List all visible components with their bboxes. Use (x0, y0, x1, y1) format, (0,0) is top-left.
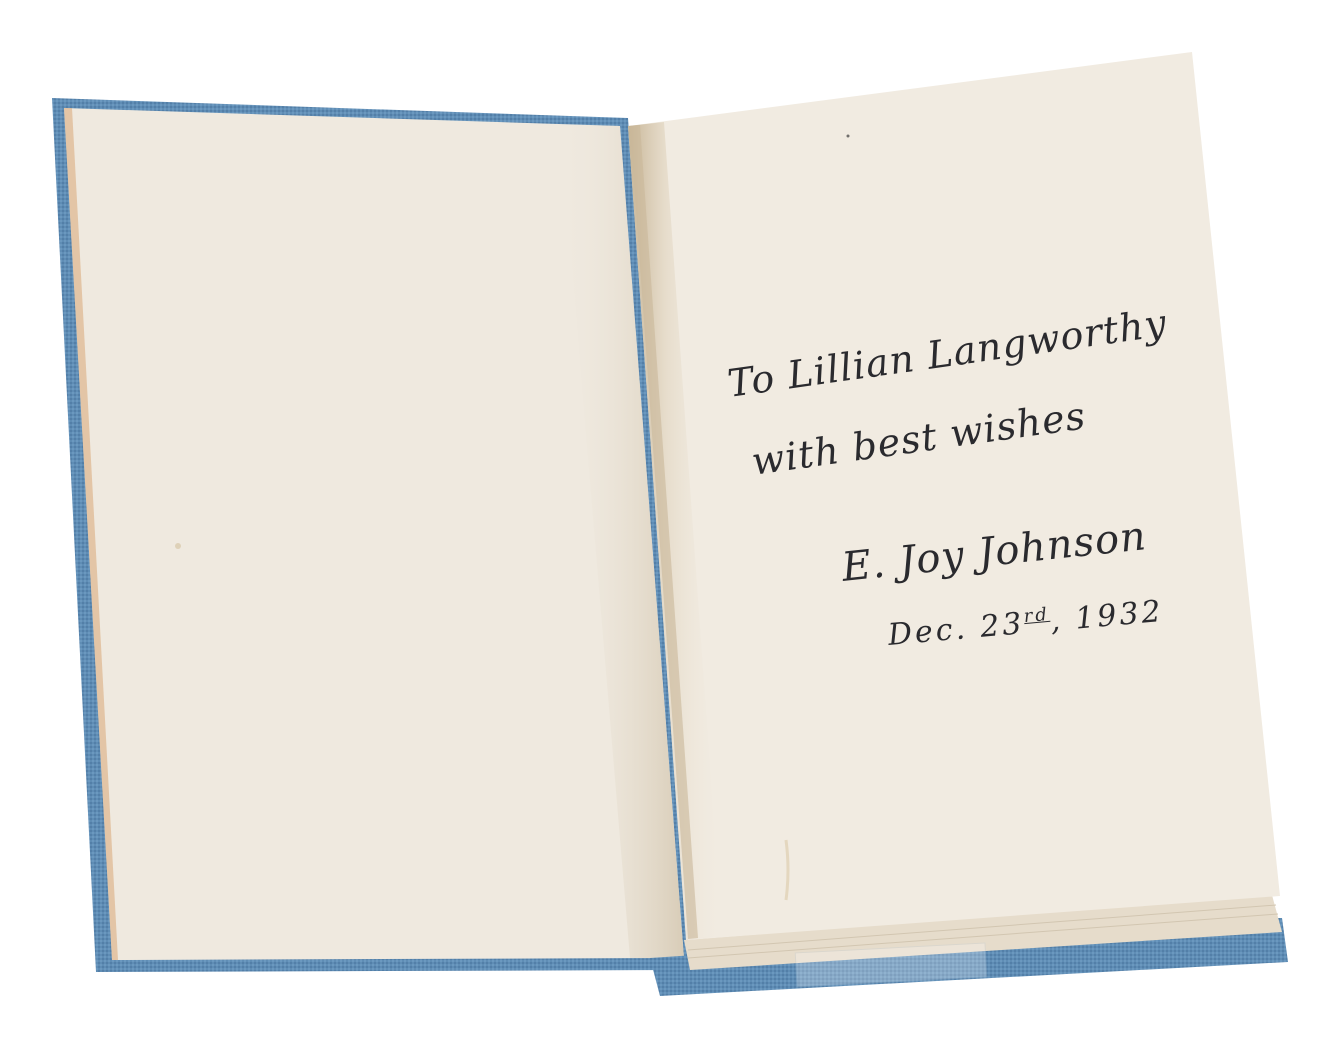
book-photo: To Lillian Langworthy with best wishes E… (0, 0, 1344, 1043)
date-ordinal: rd (1023, 604, 1051, 627)
right-title-page (628, 52, 1280, 940)
